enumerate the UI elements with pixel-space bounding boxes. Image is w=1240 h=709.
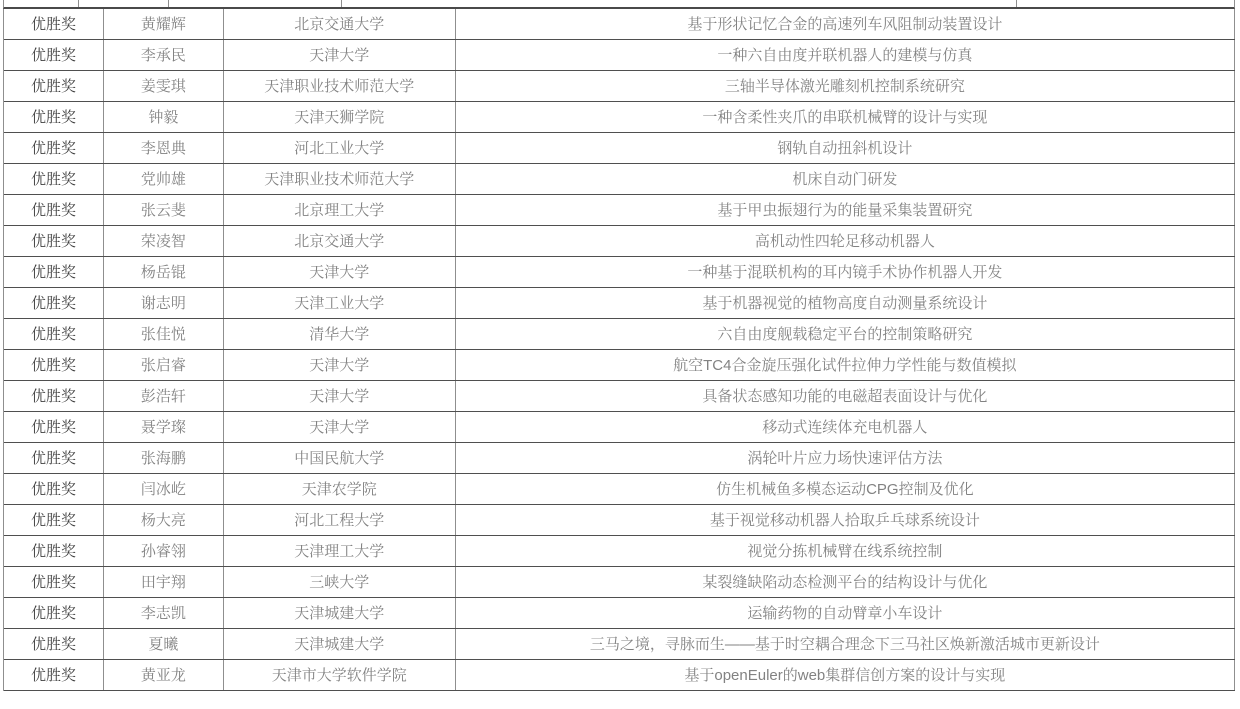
cell-university: 天津城建大学: [224, 598, 456, 628]
cell-project-title: 基于openEuler的web集群信创方案的设计与实现: [456, 660, 1235, 690]
cell-university: 中国民航大学: [224, 443, 456, 473]
cell-project-title: 某裂缝缺陷动态检测平台的结构设计与优化: [456, 567, 1235, 597]
cell-project-title: 基于形状记忆合金的高速列车风阻制动装置设计: [456, 9, 1235, 39]
table-row: 优胜奖田宇翔三峡大学某裂缝缺陷动态检测平台的结构设计与优化: [4, 567, 1235, 598]
cell-name: 孙睿翎: [104, 536, 224, 566]
cell-name: 李恩典: [104, 133, 224, 163]
table-row: 优胜奖李志凯天津城建大学运输药物的自动臂章小车设计: [4, 598, 1235, 629]
cell-university: 北京交通大学: [224, 9, 456, 39]
cell-university: 天津天狮学院: [224, 102, 456, 132]
table-rows: 优胜奖黄耀辉北京交通大学基于形状记忆合金的高速列车风阻制动装置设计优胜奖李承民天…: [3, 9, 1235, 691]
cell-award: 优胜奖: [4, 226, 104, 256]
cell-award: 优胜奖: [4, 567, 104, 597]
cell-award: 优胜奖: [4, 288, 104, 318]
table-row: 优胜奖夏曦天津城建大学三马之境，寻脉而生——基于时空耦合理念下三马社区焕新激活城…: [4, 629, 1235, 660]
cell-project-title: 钢轨自动扭斜机设计: [456, 133, 1235, 163]
cell-name: 张启睿: [104, 350, 224, 380]
cell-name: 彭浩轩: [104, 381, 224, 411]
cell-name: 杨大亮: [104, 505, 224, 535]
cell-university: 北京理工大学: [224, 195, 456, 225]
cell-award: 优胜奖: [4, 629, 104, 659]
cell-university: 三峡大学: [224, 567, 456, 597]
cell-university: 河北工业大学: [224, 133, 456, 163]
document-page: 优胜奖黄耀辉北京交通大学基于形状记忆合金的高速列车风阻制动装置设计优胜奖李承民天…: [0, 0, 1240, 709]
cell-name: 荣凌智: [104, 226, 224, 256]
table-row: 优胜奖张云斐北京理工大学基于甲虫振翅行为的能量采集装置研究: [4, 195, 1235, 226]
table-row: 优胜奖姜雯琪天津职业技术师范大学三轴半导体激光雕刻机控制系统研究: [4, 71, 1235, 102]
cell-name: 田宇翔: [104, 567, 224, 597]
cell-award: 优胜奖: [4, 195, 104, 225]
cell-award: 优胜奖: [4, 9, 104, 39]
cell-name: 黄亚龙: [104, 660, 224, 690]
cell-name: 李志凯: [104, 598, 224, 628]
cell-award: 优胜奖: [4, 164, 104, 194]
cell-project-title: 基于甲虫振翅行为的能量采集装置研究: [456, 195, 1235, 225]
cell-project-title: 机床自动门研发: [456, 164, 1235, 194]
cell-university: 天津城建大学: [224, 629, 456, 659]
table-row: 优胜奖李承民天津大学一种六自由度并联机器人的建模与仿真: [4, 40, 1235, 71]
cell-name: 钟毅: [104, 102, 224, 132]
cell-project-title: 具备状态感知功能的电磁超表面设计与优化: [456, 381, 1235, 411]
cell-university: 天津职业技术师范大学: [224, 71, 456, 101]
partial-column-divider: [78, 0, 79, 7]
cell-name: 黄耀辉: [104, 9, 224, 39]
cell-award: 优胜奖: [4, 40, 104, 70]
cell-name: 张佳悦: [104, 319, 224, 349]
partial-column-divider: [341, 0, 342, 7]
cell-name: 张云斐: [104, 195, 224, 225]
cell-award: 优胜奖: [4, 71, 104, 101]
cell-university: 天津市大学软件学院: [224, 660, 456, 690]
cell-award: 优胜奖: [4, 474, 104, 504]
cell-award: 优胜奖: [4, 598, 104, 628]
cell-project-title: 六自由度舰载稳定平台的控制策略研究: [456, 319, 1235, 349]
cell-award: 优胜奖: [4, 381, 104, 411]
cell-award: 优胜奖: [4, 350, 104, 380]
partial-column-divider: [1016, 0, 1017, 7]
cell-award: 优胜奖: [4, 660, 104, 690]
table-row: 优胜奖杨岳锟天津大学一种基于混联机构的耳内镜手术协作机器人开发: [4, 257, 1235, 288]
table-row: 优胜奖李恩典河北工业大学钢轨自动扭斜机设计: [4, 133, 1235, 164]
cell-university: 天津大学: [224, 350, 456, 380]
cell-project-title: 仿生机械鱼多模态运动CPG控制及优化: [456, 474, 1235, 504]
cell-project-title: 涡轮叶片应力场快速评估方法: [456, 443, 1235, 473]
table-row: 优胜奖黄亚龙天津市大学软件学院基于openEuler的web集群信创方案的设计与…: [4, 660, 1235, 691]
cell-university: 天津大学: [224, 381, 456, 411]
cell-project-title: 视觉分拣机械臂在线系统控制: [456, 536, 1235, 566]
cell-project-title: 移动式连续体充电机器人: [456, 412, 1235, 442]
cell-project-title: 一种六自由度并联机器人的建模与仿真: [456, 40, 1235, 70]
table-row: 优胜奖闫冰屹天津农学院仿生机械鱼多模态运动CPG控制及优化: [4, 474, 1235, 505]
cell-university: 天津工业大学: [224, 288, 456, 318]
cell-university: 天津大学: [224, 257, 456, 287]
cell-award: 优胜奖: [4, 412, 104, 442]
cell-award: 优胜奖: [4, 536, 104, 566]
table-row: 优胜奖张佳悦清华大学六自由度舰载稳定平台的控制策略研究: [4, 319, 1235, 350]
table-row: 优胜奖孙睿翎天津理工大学视觉分拣机械臂在线系统控制: [4, 536, 1235, 567]
cell-university: 天津农学院: [224, 474, 456, 504]
cell-name: 闫冰屹: [104, 474, 224, 504]
cell-name: 夏曦: [104, 629, 224, 659]
cell-university: 北京交通大学: [224, 226, 456, 256]
table-row-partial: [3, 0, 1235, 9]
table-row: 优胜奖彭浩轩天津大学具备状态感知功能的电磁超表面设计与优化: [4, 381, 1235, 412]
cell-project-title: 一种含柔性夹爪的串联机械臂的设计与实现: [456, 102, 1235, 132]
cell-award: 优胜奖: [4, 443, 104, 473]
cell-project-title: 运输药物的自动臂章小车设计: [456, 598, 1235, 628]
awards-table: 优胜奖黄耀辉北京交通大学基于形状记忆合金的高速列车风阻制动装置设计优胜奖李承民天…: [3, 0, 1235, 691]
cell-award: 优胜奖: [4, 505, 104, 535]
cell-name: 姜雯琪: [104, 71, 224, 101]
cell-award: 优胜奖: [4, 319, 104, 349]
cell-name: 党帅雄: [104, 164, 224, 194]
cell-project-title: 三马之境，寻脉而生——基于时空耦合理念下三马社区焕新激活城市更新设计: [456, 629, 1235, 659]
table-row: 优胜奖荣凌智北京交通大学高机动性四轮足移动机器人: [4, 226, 1235, 257]
cell-award: 优胜奖: [4, 133, 104, 163]
table-row: 优胜奖张海鹏中国民航大学涡轮叶片应力场快速评估方法: [4, 443, 1235, 474]
cell-university: 河北工程大学: [224, 505, 456, 535]
cell-name: 张海鹏: [104, 443, 224, 473]
cell-university: 清华大学: [224, 319, 456, 349]
cell-name: 聂学璨: [104, 412, 224, 442]
cell-project-title: 基于视觉移动机器人拾取乒乓球系统设计: [456, 505, 1235, 535]
table-row: 优胜奖杨大亮河北工程大学基于视觉移动机器人拾取乒乓球系统设计: [4, 505, 1235, 536]
cell-project-title: 航空TC4合金旋压强化试件拉伸力学性能与数值模拟: [456, 350, 1235, 380]
table-row: 优胜奖钟毅天津天狮学院一种含柔性夹爪的串联机械臂的设计与实现: [4, 102, 1235, 133]
table-row: 优胜奖党帅雄天津职业技术师范大学机床自动门研发: [4, 164, 1235, 195]
cell-project-title: 基于机器视觉的植物高度自动测量系统设计: [456, 288, 1235, 318]
table-row: 优胜奖谢志明天津工业大学基于机器视觉的植物高度自动测量系统设计: [4, 288, 1235, 319]
cell-university: 天津大学: [224, 412, 456, 442]
cell-award: 优胜奖: [4, 102, 104, 132]
cell-project-title: 一种基于混联机构的耳内镜手术协作机器人开发: [456, 257, 1235, 287]
table-row: 优胜奖黄耀辉北京交通大学基于形状记忆合金的高速列车风阻制动装置设计: [4, 9, 1235, 40]
partial-column-divider: [168, 0, 169, 7]
cell-university: 天津理工大学: [224, 536, 456, 566]
cell-university: 天津大学: [224, 40, 456, 70]
cell-project-title: 高机动性四轮足移动机器人: [456, 226, 1235, 256]
cell-name: 谢志明: [104, 288, 224, 318]
cell-name: 李承民: [104, 40, 224, 70]
cell-award: 优胜奖: [4, 257, 104, 287]
cell-name: 杨岳锟: [104, 257, 224, 287]
table-row: 优胜奖张启睿天津大学航空TC4合金旋压强化试件拉伸力学性能与数值模拟: [4, 350, 1235, 381]
table-row: 优胜奖聂学璨天津大学移动式连续体充电机器人: [4, 412, 1235, 443]
cell-university: 天津职业技术师范大学: [224, 164, 456, 194]
cell-project-title: 三轴半导体激光雕刻机控制系统研究: [456, 71, 1235, 101]
